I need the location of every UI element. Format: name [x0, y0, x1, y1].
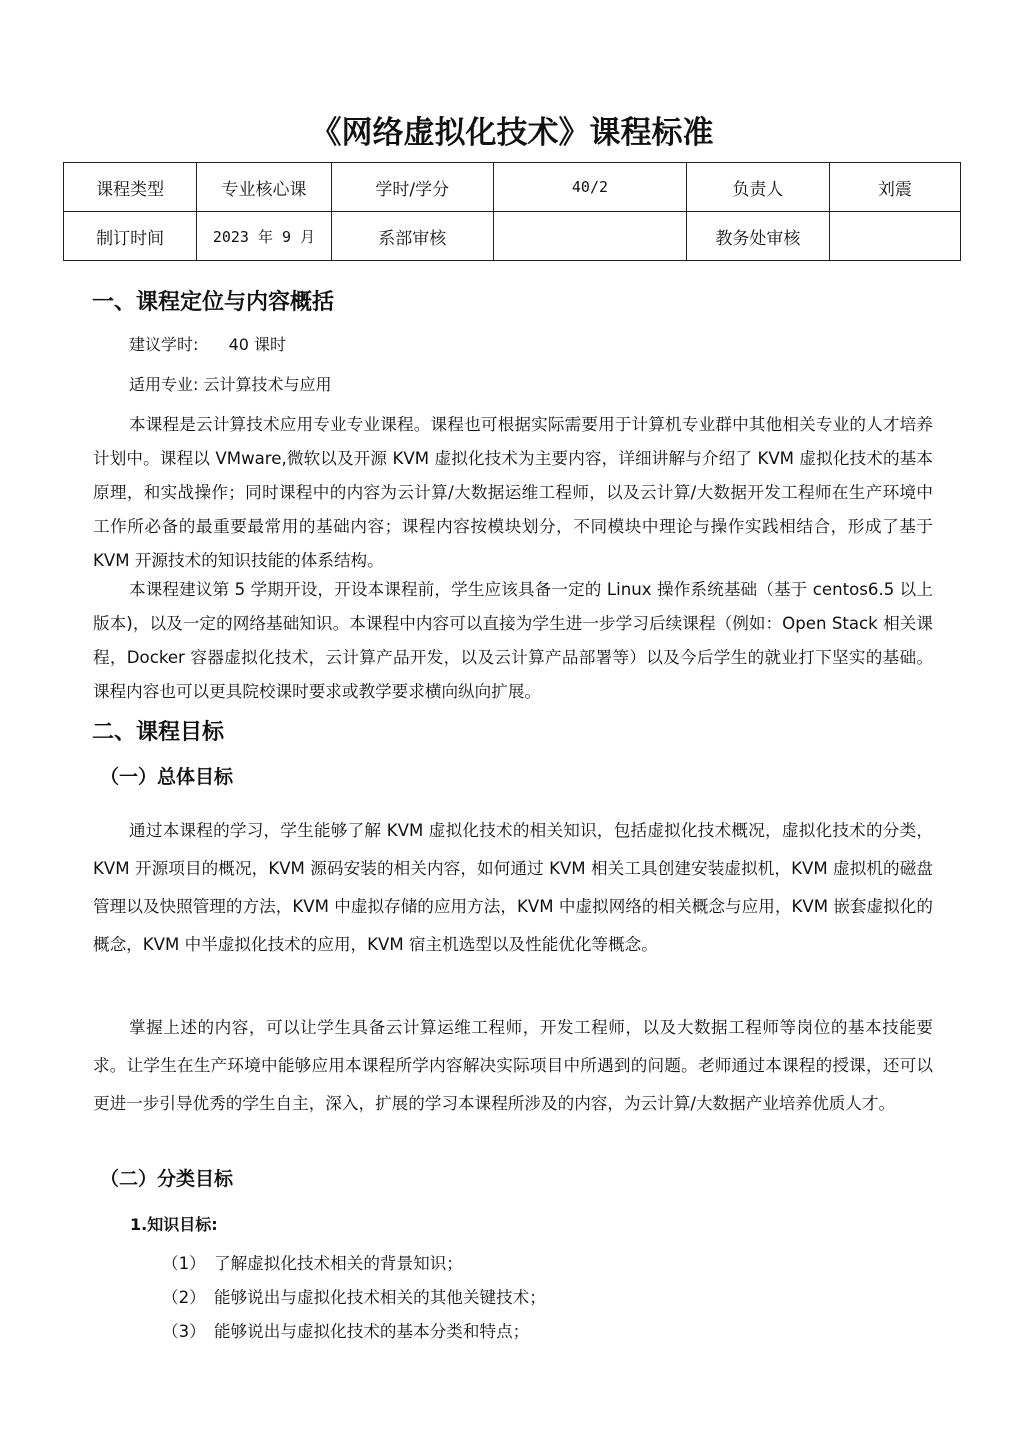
paragraph: 掌握上述的内容，可以让学生具备云计算运维工程师，开发工程师，以及大数据工程师等岗… — [93, 1009, 933, 1123]
cell-label-course-type: 课程类型 — [64, 163, 197, 212]
subsection-heading: （一）总体目标 — [100, 762, 233, 789]
list-item-text: 能够说出与虚拟化技术相关的其他关键技术； — [214, 1288, 546, 1307]
paragraph: 本课程建议第 5 学期开设，开设本课程前，学生应该具备一定的 Linux 操作系… — [93, 573, 933, 709]
cell-created-date: 2023 年 9 月 — [197, 212, 331, 261]
suggested-hours: 建议学时: 40 课时 — [129, 332, 286, 355]
cell-label-dept-review: 系部审核 — [331, 212, 493, 261]
paragraph: 通过本课程的学习，学生能够了解 KVM 虚拟化技术的相关知识，包括虚拟化技术概况… — [93, 812, 933, 964]
subsection-heading: （二）分类目标 — [100, 1164, 233, 1191]
list-item-number: （2） — [162, 1284, 214, 1308]
document-title: 《网络虚拟化技术》课程标准 — [0, 107, 1024, 152]
list-item-text: 了解虚拟化技术相关的背景知识； — [214, 1254, 463, 1273]
cell-academic-review — [829, 212, 960, 261]
cell-dept-review — [493, 212, 686, 261]
cell-owner: 刘震 — [829, 163, 960, 212]
course-info-table: 课程类型 专业核心课 学时/学分 40/2 负责人 刘震 制订时间 2023 年… — [63, 162, 961, 261]
cell-label-academic-review: 教务处审核 — [687, 212, 830, 261]
suggested-hours-label: 建议学时: — [129, 335, 198, 354]
section-heading: 一、课程定位与内容概括 — [92, 285, 334, 316]
list-item: （3）能够说出与虚拟化技术的基本分类和特点； — [162, 1318, 529, 1342]
cell-label-owner: 负责人 — [687, 163, 830, 212]
cell-label-created-date: 制订时间 — [64, 212, 197, 261]
applicable-major-label: 适用专业: — [129, 375, 198, 394]
cell-hours-credits: 40/2 — [493, 163, 686, 212]
paragraph: 本课程是云计算技术应用专业专业课程。课程也可根据实际需要用于计算机专业群中其他相… — [93, 408, 933, 578]
knowledge-goals-heading: 1.知识目标: — [130, 1212, 218, 1235]
applicable-major-value: 云计算技术与应用 — [204, 375, 332, 394]
list-item-number: （1） — [162, 1250, 214, 1274]
table-row: 制订时间 2023 年 9 月 系部审核 教务处审核 — [64, 212, 961, 261]
applicable-major: 适用专业: 云计算技术与应用 — [129, 372, 332, 395]
list-item-text: 能够说出与虚拟化技术的基本分类和特点； — [214, 1322, 529, 1341]
section-heading: 二、课程目标 — [92, 715, 224, 746]
cell-label-hours-credits: 学时/学分 — [331, 163, 493, 212]
list-item-number: （3） — [162, 1318, 214, 1342]
table-row: 课程类型 专业核心课 学时/学分 40/2 负责人 刘震 — [64, 163, 961, 212]
list-item: （1）了解虚拟化技术相关的背景知识； — [162, 1250, 463, 1274]
suggested-hours-value: 40 课时 — [229, 335, 286, 354]
list-item: （2）能够说出与虚拟化技术相关的其他关键技术； — [162, 1284, 546, 1308]
cell-course-type: 专业核心课 — [197, 163, 331, 212]
